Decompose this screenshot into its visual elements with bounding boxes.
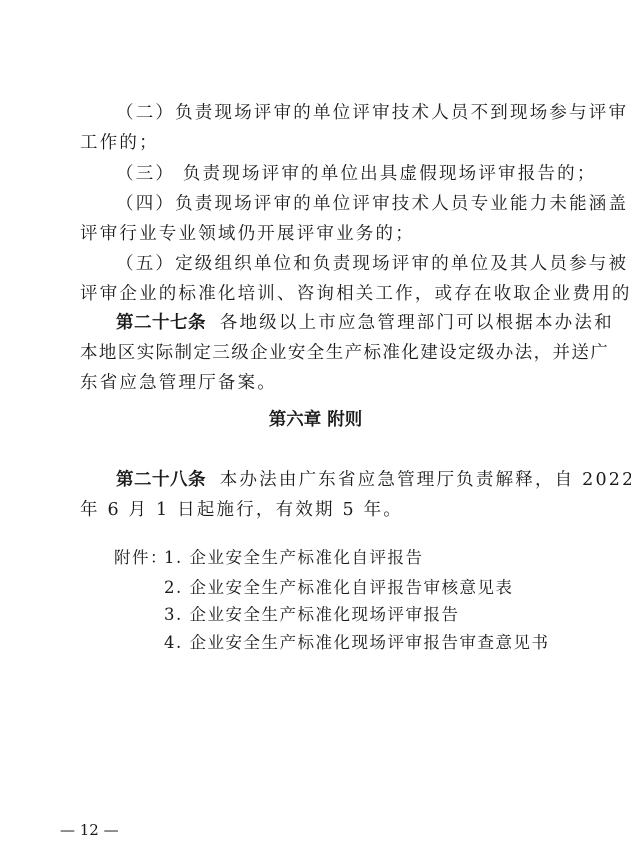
attachments-label: 附件： — [114, 547, 168, 569]
paragraph-item-4-line-1: （四）负责现场评审的单位评审技术人员专业能力未能涵盖 — [116, 193, 594, 215]
article-28-line-2: 年 6 月 1 日起施行，有效期 5 年。 — [80, 499, 558, 521]
article-27-line-3: 东省应急管理厅备案。 — [80, 372, 558, 394]
article-27-label: 第二十七条 — [116, 313, 206, 333]
attachment-item-1: 1. 企业安全生产标准化自评报告 — [164, 547, 424, 569]
article-28-text-1: 本办法由广东省应急管理厅负责解释，自 2022 — [220, 470, 631, 490]
paragraph-item-4-line-2: 评审行业专业领域仍开展评审业务的； — [80, 223, 558, 245]
paragraph-item-2-line-2: 工作的； — [80, 132, 558, 154]
attachment-item-4: 4. 企业安全生产标准化现场评审报告审查意见书 — [164, 632, 550, 654]
article-28-line-1: 第二十八条 本办法由广东省应急管理厅负责解释，自 2022 — [116, 469, 594, 491]
paragraph-item-2-line-1: （二）负责现场评审的单位评审技术人员不到现场参与评审 — [116, 102, 594, 124]
page-number: — 12 — — [60, 820, 119, 840]
paragraph-item-3: （三） 负责现场评审的单位出具虚假现场评审报告的； — [116, 163, 594, 185]
chapter-heading: 第六章 附则 — [0, 409, 631, 431]
article-28-label: 第二十八条 — [116, 470, 206, 490]
paragraph-item-5-line-2: 评审企业的标准化培训、咨询相关工作，或存在收取企业费用的。 — [80, 283, 558, 305]
document-page: （二）负责现场评审的单位评审技术人员不到现场参与评审 工作的； （三） 负责现场… — [0, 0, 631, 851]
article-27-text-1: 各地级以上市应急管理部门可以根据本办法和 — [220, 313, 614, 333]
article-27-line-1: 第二十七条 各地级以上市应急管理部门可以根据本办法和 — [116, 312, 594, 334]
attachment-item-3: 3. 企业安全生产标准化现场评审报告 — [164, 604, 460, 626]
paragraph-item-5-line-1: （五）定级组织单位和负责现场评审的单位及其人员参与被 — [116, 253, 594, 275]
article-27-line-2: 本地区实际制定三级企业安全生产标准化建设定级办法，并送广 — [80, 342, 558, 364]
attachment-item-2: 2. 企业安全生产标准化自评报告审核意见表 — [164, 577, 514, 599]
